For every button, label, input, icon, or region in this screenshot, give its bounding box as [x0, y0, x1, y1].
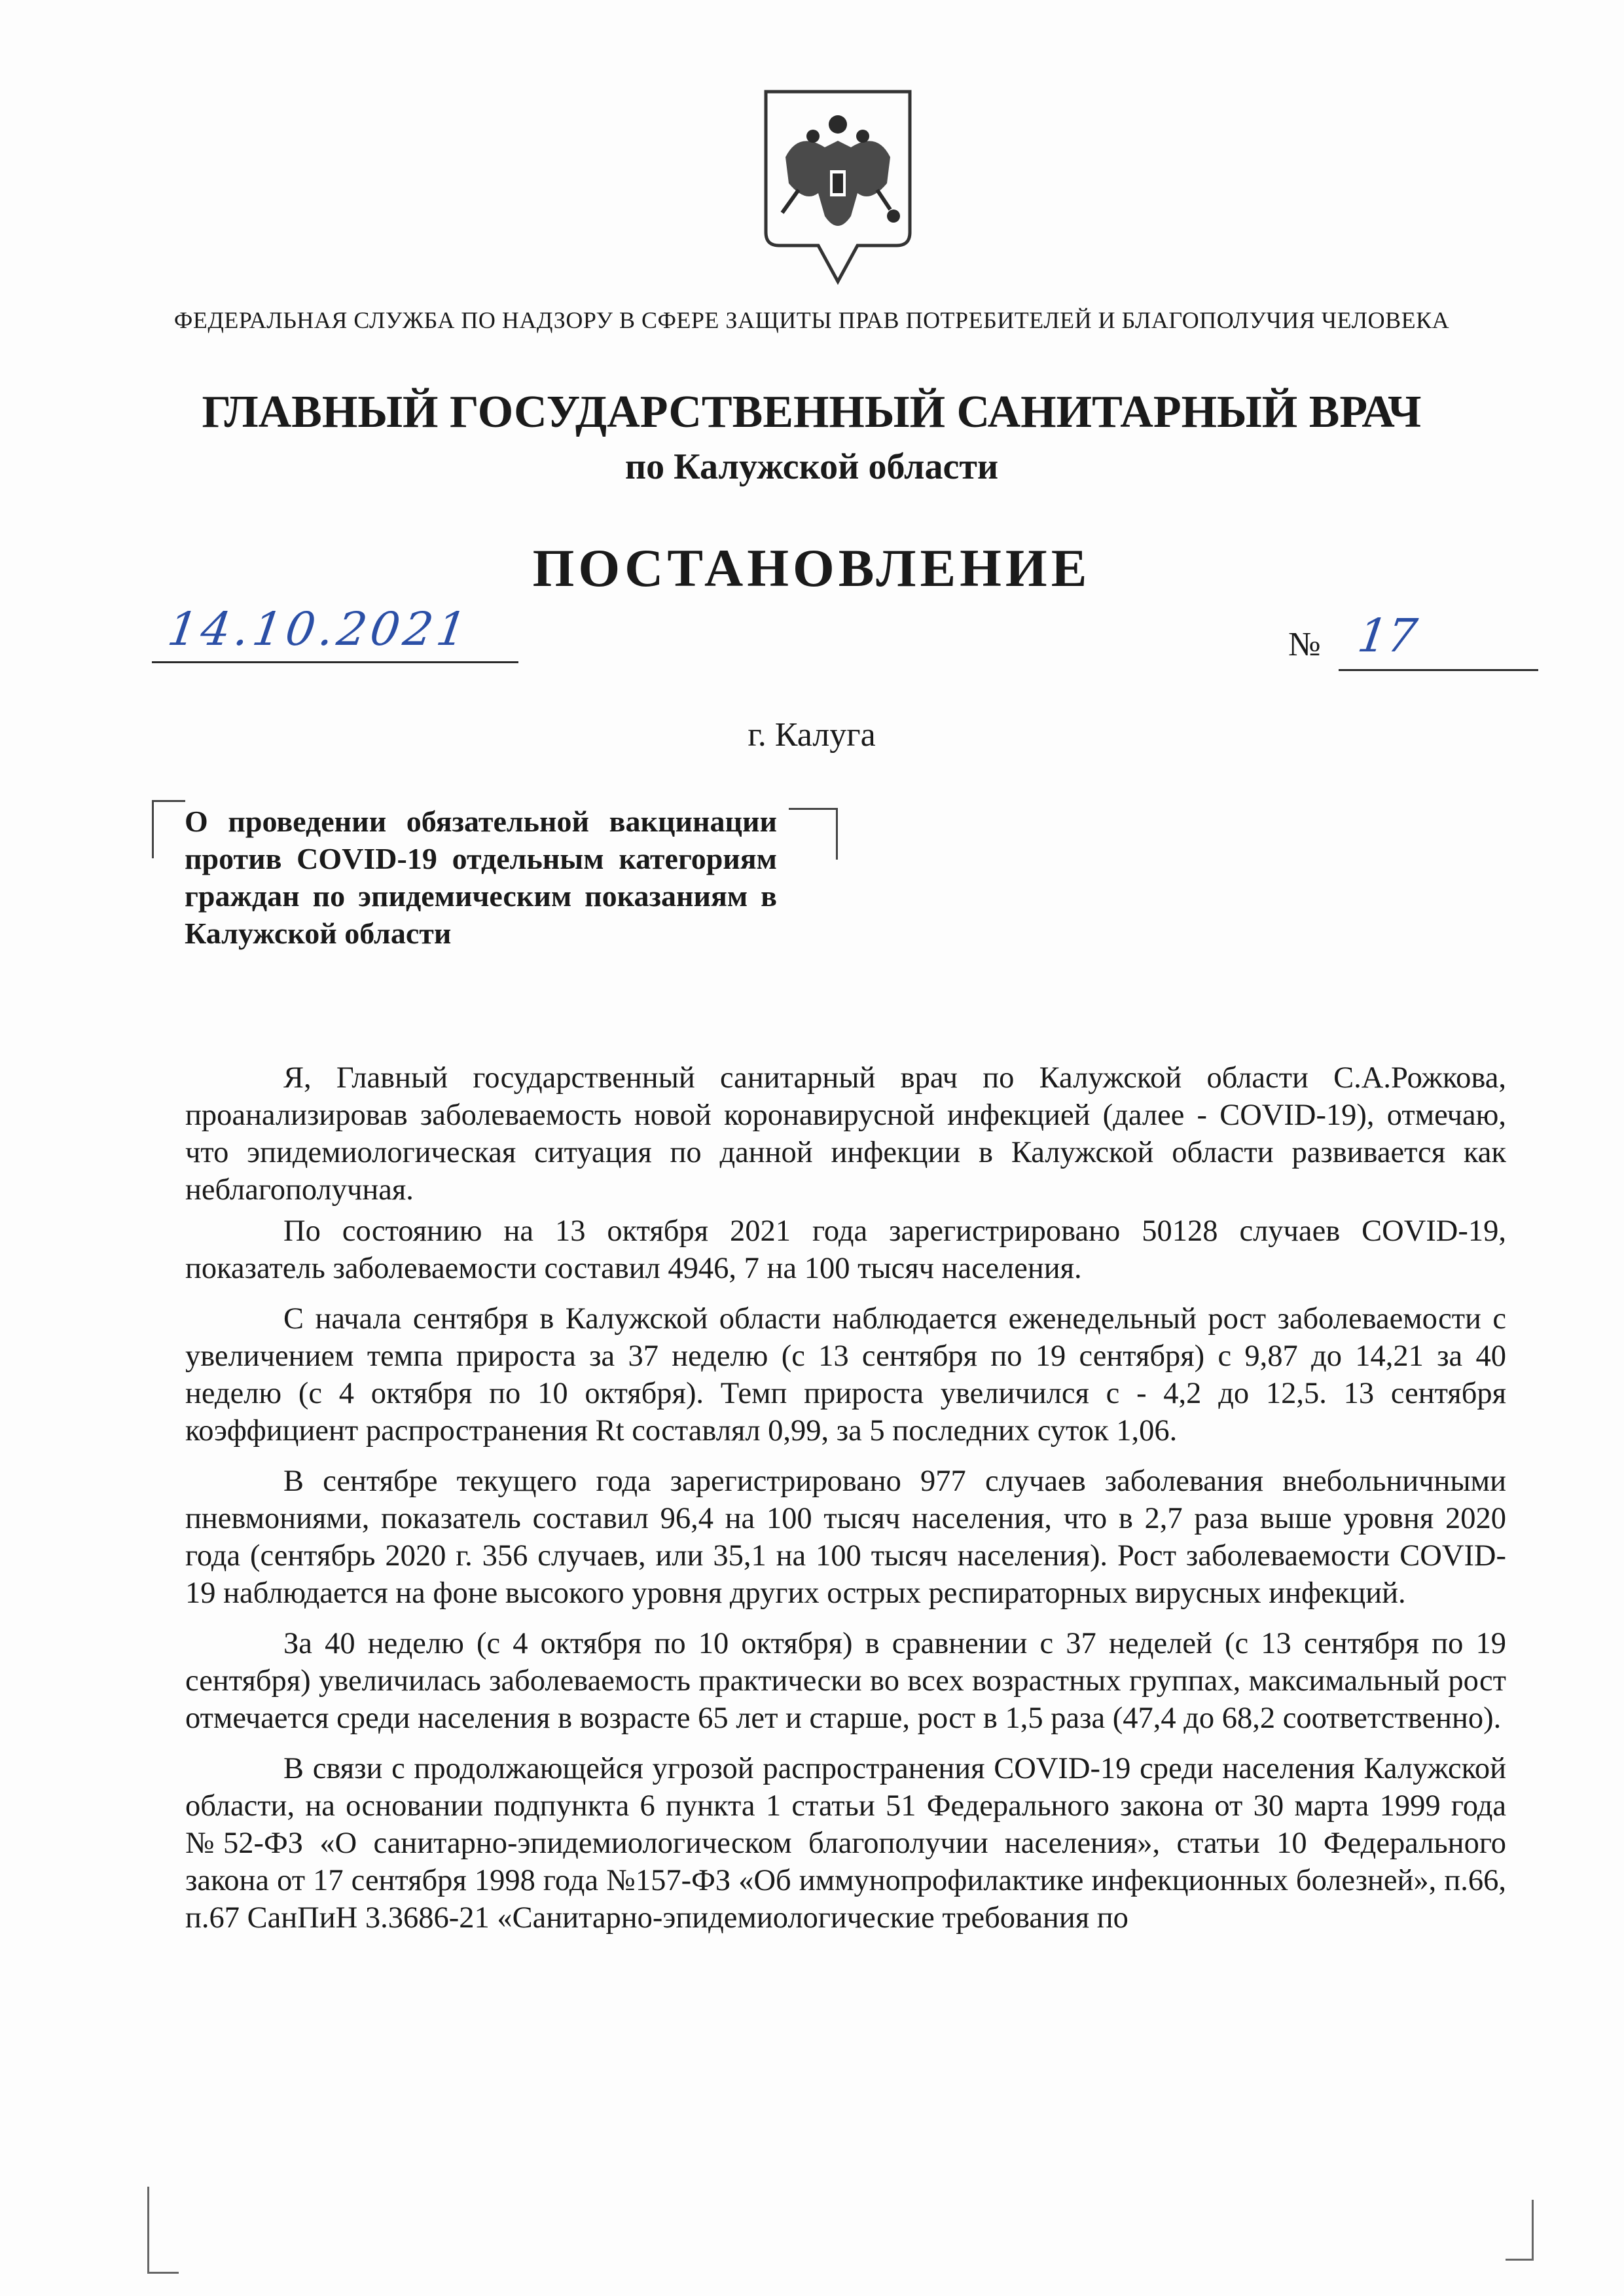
- handwritten-date: 14.10.2021: [164, 602, 473, 656]
- official-title: ГЛАВНЫЙ ГОСУДАРСТВЕННЫЙ САНИТАРНЫЙ ВРАЧ: [118, 386, 1506, 439]
- number-field: 17: [1339, 609, 1538, 671]
- bracket-corner-icon: [147, 2187, 179, 2274]
- paragraph: В связи с продолжающейся угрозой распрос…: [185, 1750, 1506, 1937]
- document-type-heading: ПОСТАНОВЛЕНИЕ: [118, 537, 1506, 600]
- paragraph: По состоянию на 13 октября 2021 года зар…: [185, 1212, 1506, 1287]
- coat-of-arms-icon: [759, 85, 916, 288]
- document-body: Я, Главный государственный санитарный вр…: [185, 1059, 1506, 1950]
- paragraph: С начала сентября в Калужской области на…: [185, 1300, 1506, 1449]
- document-subject: О проведении обязательной вакцинации про…: [185, 803, 777, 952]
- paragraph: В сентябре текущего года зарегистрирован…: [185, 1463, 1506, 1612]
- date-field: 14.10.2021: [152, 602, 518, 663]
- paragraph: Я, Главный государственный санитарный вр…: [185, 1059, 1506, 1209]
- region-name: по Калужской области: [118, 445, 1506, 488]
- city-name: г. Калуга: [118, 715, 1506, 756]
- paragraph: За 40 неделю (с 4 октября по 10 октября)…: [185, 1625, 1506, 1737]
- bracket-corner-icon: [152, 800, 185, 858]
- number-label: №: [1288, 625, 1321, 664]
- bracket-corner-icon: [1506, 2200, 1534, 2261]
- document-page: ФЕДЕРАЛЬНАЯ СЛУЖБА ПО НАДЗОРУ В СФЕРЕ ЗА…: [0, 0, 1624, 2296]
- bracket-corner-icon: [789, 808, 838, 860]
- handwritten-number: 17: [1354, 609, 1420, 663]
- agency-name: ФЕДЕРАЛЬНАЯ СЛУЖБА ПО НАДЗОРУ В СФЕРЕ ЗА…: [118, 306, 1506, 334]
